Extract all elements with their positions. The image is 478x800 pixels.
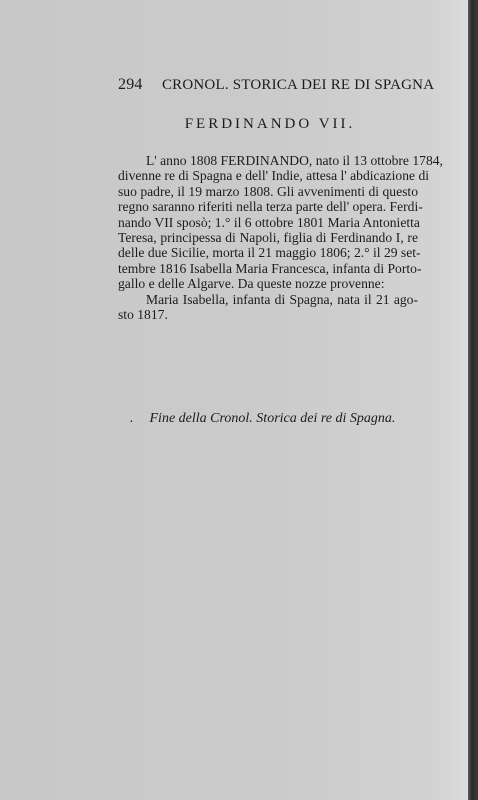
closing-line: . Fine della Cronol. Storica dei re di S…	[130, 411, 430, 427]
text-line: nando VII sposò; 1.° il 6 ottobre 1801 M…	[118, 215, 418, 230]
text-line: Teresa, principessa di Napoli, figlia di…	[118, 230, 418, 245]
running-header-title: CRONOL. STORICA DEI RE DI SPAGNA	[162, 77, 434, 94]
page-number: 294	[118, 76, 158, 94]
page-edge	[468, 0, 478, 800]
text-line: tembre 1816 Isabella Maria Francesca, in…	[118, 261, 418, 276]
section-title: FERDINANDO VII.	[120, 116, 420, 133]
running-header: 294 CRONOL. STORICA DEI RE DI SPAGNA	[118, 76, 418, 94]
text-line: suo padre, il 19 marzo 1808. Gli avvenim…	[118, 184, 418, 199]
text-line: Maria Isabella, infanta di Spagna, nata …	[118, 292, 418, 307]
text-line: sto 1817.	[118, 307, 418, 322]
text-line: divenne re di Spagna e dell' Indie, atte…	[118, 168, 418, 183]
text-line: delle due Sicilie, morta il 21 maggio 18…	[118, 245, 418, 260]
body-text: L' anno 1808 FERDINANDO, nato il 13 otto…	[118, 153, 418, 322]
text-line: gallo e delle Algarve. Da queste nozze p…	[118, 276, 418, 291]
text-line: regno saranno riferiti nella terza parte…	[118, 199, 418, 214]
text-line: L' anno 1808 FERDINANDO, nato il 13 otto…	[118, 153, 418, 168]
closing-mark: .	[130, 411, 146, 427]
closing-text: Fine della Cronol. Storica dei re di Spa…	[150, 411, 396, 426]
